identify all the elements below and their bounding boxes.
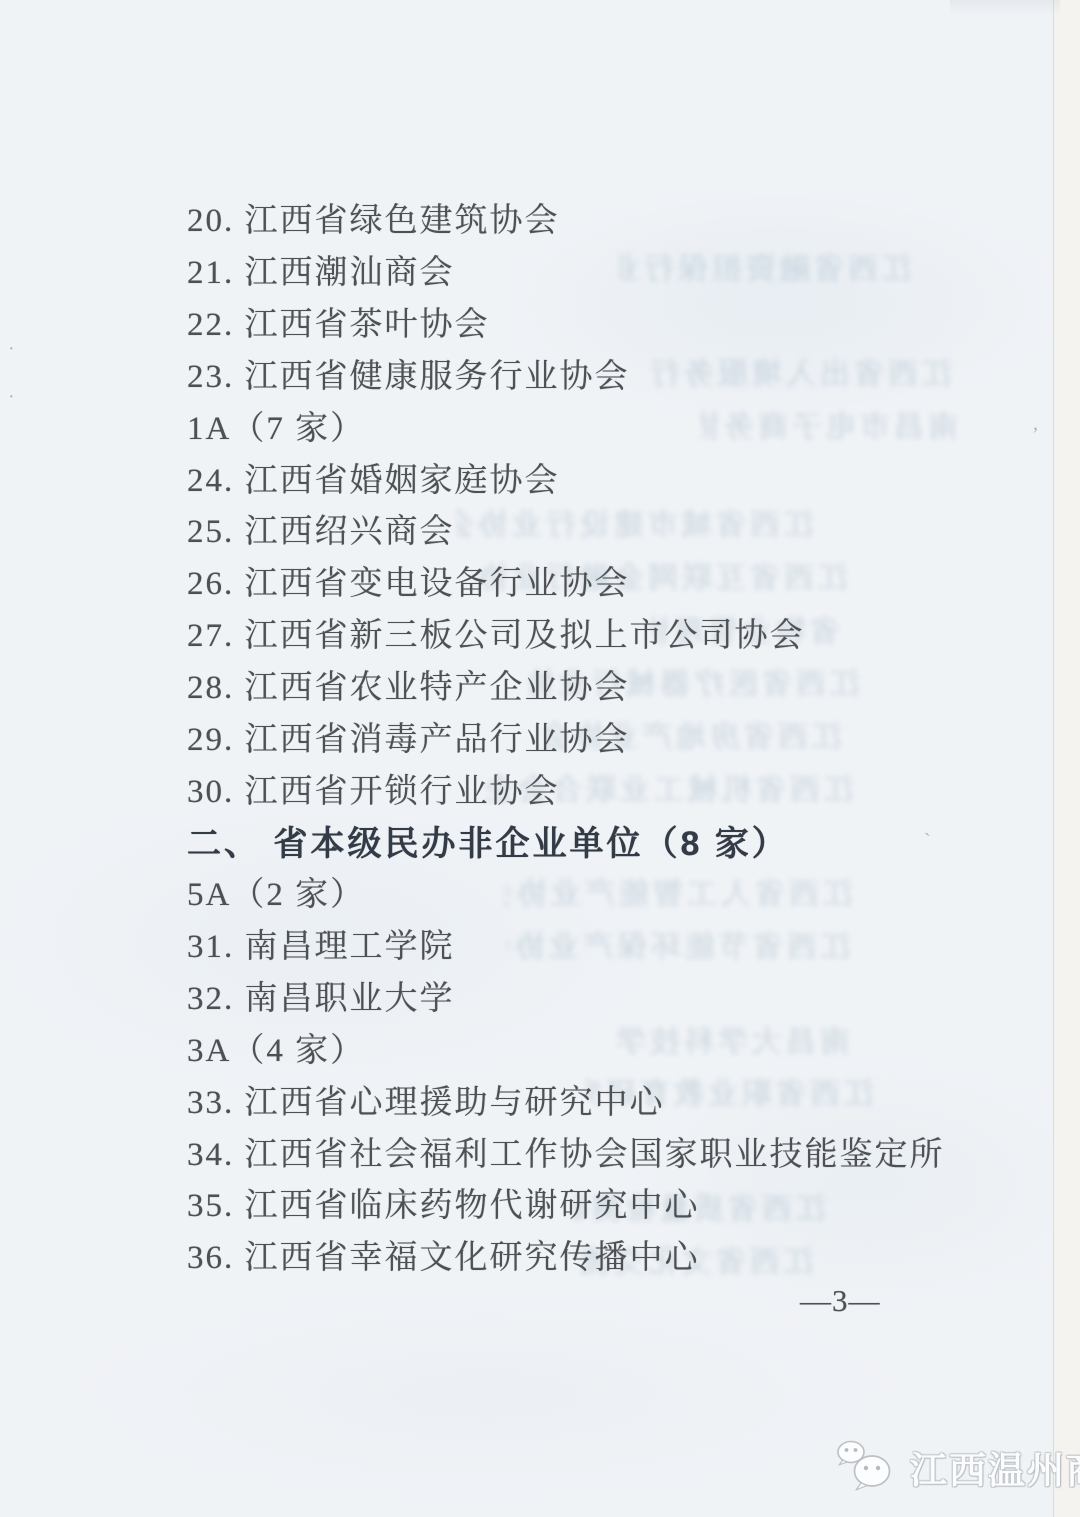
grade-line: 3A（4 家） — [187, 1022, 1027, 1074]
watermark: 江西温州商会 — [834, 1438, 1080, 1496]
watermark-label: 江西温州商会 — [910, 1440, 1080, 1494]
list-line: 31. 南昌理工学院 — [187, 918, 1027, 970]
grade-line: 1A（7 家） — [187, 399, 1027, 451]
list-line: 33. 江西省心理援助与研究中心 — [187, 1073, 1027, 1125]
list-line: 22. 江西省茶叶协会 — [187, 296, 1027, 348]
list-line: 34. 江西省社会福利工作协会国家职业技能鉴定所 — [187, 1125, 1027, 1177]
list-line: 36. 江西省幸福文化研究传播中心 — [187, 1229, 1027, 1281]
grade-line: 5A（2 家） — [187, 866, 1027, 918]
wechat-icon — [834, 1438, 902, 1496]
list-line: 32. 南昌职业大学 — [187, 970, 1027, 1022]
list-line: 35. 江西省临床药物代谢研究中心 — [187, 1177, 1027, 1229]
list-line: 28. 江西省农业特产企业协会 — [187, 659, 1027, 711]
scan-speck: · — [8, 386, 15, 409]
document-body: 20. 江西省绿色建筑协会21. 江西潮汕商会22. 江西省茶叶协会23. 江西… — [187, 192, 1027, 1281]
list-line: 21. 江西潮汕商会 — [187, 244, 1027, 296]
section-heading: 二、 省本级民办非企业单位（8 家） — [187, 814, 1027, 866]
scan-speck: ʼ — [1032, 424, 1039, 447]
scan-speck: · — [8, 338, 15, 361]
list-line: 26. 江西省变电设备行业协会 — [187, 555, 1027, 607]
list-line: 23. 江西省健康服务行业协会 — [187, 348, 1027, 400]
list-line: 25. 江西绍兴商会 — [187, 503, 1027, 555]
list-line: 29. 江西省消毒产品行业协会 — [187, 710, 1027, 762]
page-number: —3— — [800, 1283, 881, 1319]
scanned-document-page: 江西省融资担保行业协会江西省出入境服务行业协会南昌市电子商务协会江西省城市建设行… — [0, 0, 1080, 1517]
list-line: 24. 江西省婚姻家庭协会 — [187, 451, 1027, 503]
list-line: 30. 江西省开锁行业协会 — [187, 762, 1027, 814]
list-line: 27. 江西省新三板公司及拟上市公司协会 — [187, 607, 1027, 659]
scan-edge-strip — [1053, 0, 1080, 1517]
list-line: 20. 江西省绿色建筑协会 — [187, 192, 1027, 244]
scan-corner-shade — [950, 0, 1060, 16]
